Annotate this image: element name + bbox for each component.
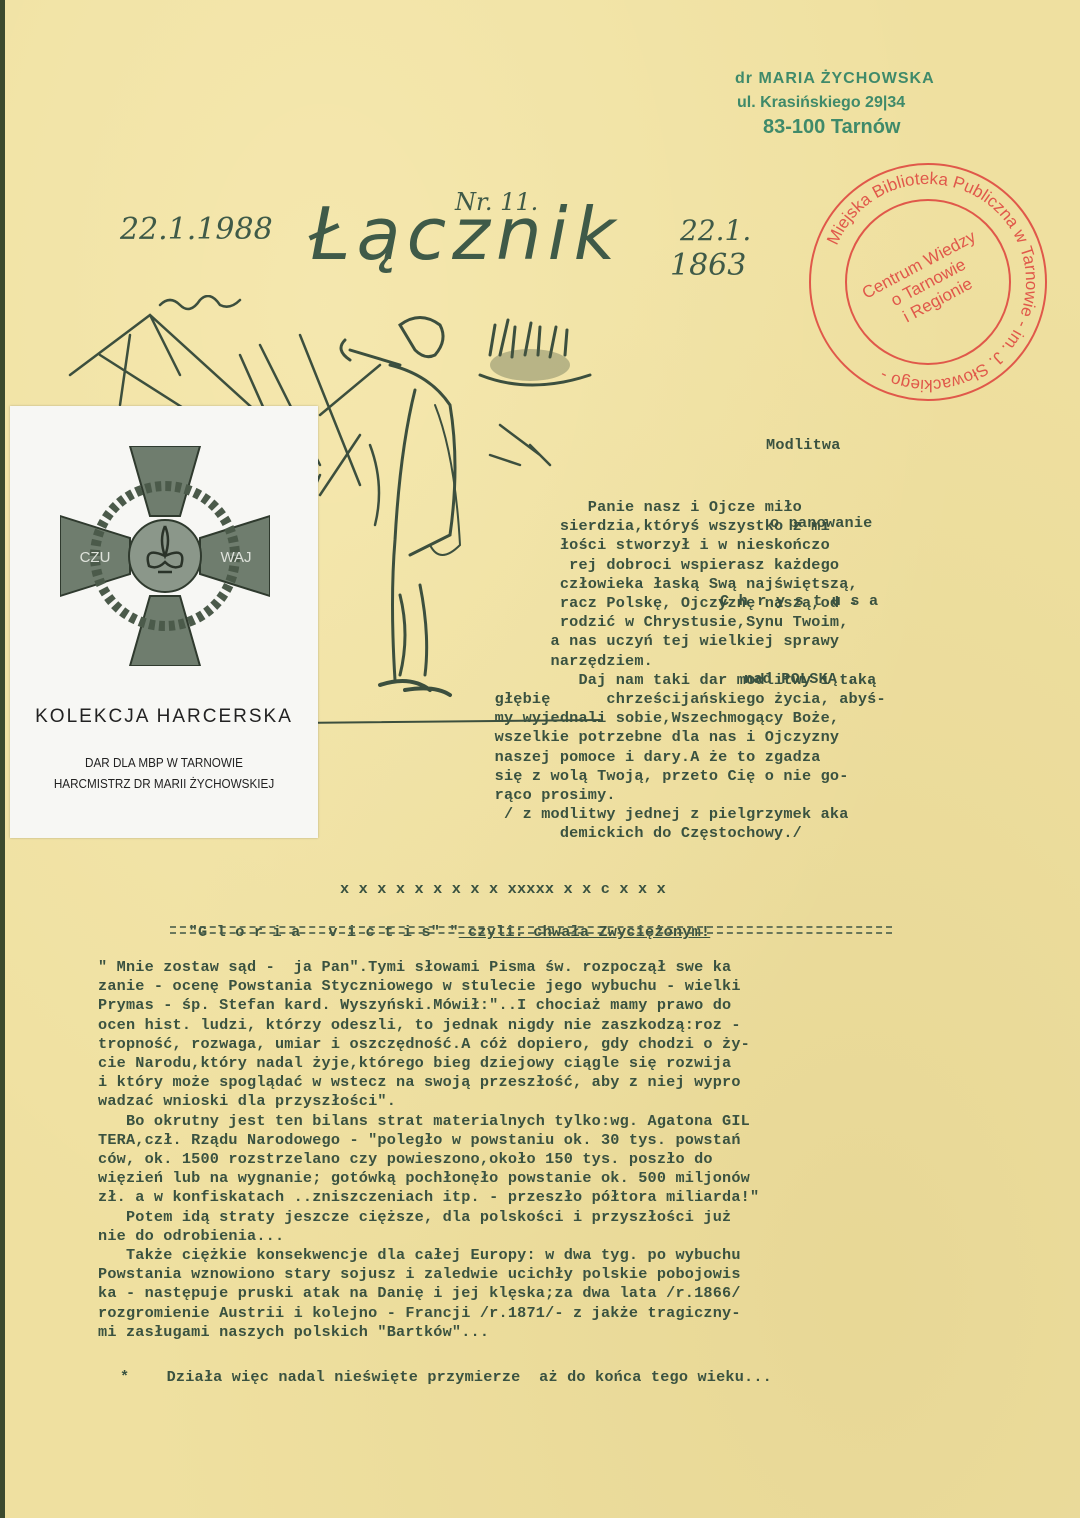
article-line: wadzać wnioski dla przyszłości". — [98, 1092, 759, 1111]
library-stamp: Miejska Biblioteka Publiczna w Tarnowie … — [806, 160, 1050, 404]
masthead-date-left: 22.1.1988 — [120, 212, 273, 247]
separator-line: x x x x x x x x x xxxxx x x c x x x — [340, 880, 666, 899]
prayer-line: rąco prosimy. — [476, 786, 886, 805]
collection-card: CZU WAJ KOLEKCJA HARCERSKA DAR DLA MBP W… — [10, 406, 318, 838]
prayer-body: Panie nasz i Ojcze miło sierdzia,któryś … — [476, 498, 886, 844]
article-line: Powstania wznowiono stary sojusz i zaled… — [98, 1265, 759, 1284]
prayer-line: Daj nam taki dar modlitwy i taką — [476, 671, 886, 690]
article-closing: * Działa więc nadal nieświęte przymierze… — [120, 1368, 772, 1387]
masthead-date-right-top: 22.1. — [680, 214, 751, 247]
article-line: " Mnie zostaw sąd - ja Pan".Tymi słowami… — [98, 958, 759, 977]
badge-text-left: CZU — [80, 549, 111, 566]
prayer-line: rej dobroci wspierasz każdego — [476, 556, 886, 575]
stamp-city: 83-100 Tarnów — [763, 116, 935, 139]
collection-label: KOLEKCJA HARCERSKA — [10, 706, 318, 728]
prayer-line: naszej pomoce i dary.A że to zgadza — [476, 748, 886, 767]
article-line: ka - następuje pruski atak na Danię i je… — [98, 1284, 759, 1303]
prayer-line: sierdzia,któryś wszystko z mi — [476, 517, 886, 536]
article-line: Prymas - śp. Stefan kard. Wyszyński.Mówi… — [98, 996, 759, 1015]
prayer-line: racz Polskę, Ojczyznę naszą,od - — [476, 594, 886, 613]
article-line: zanie - ocenę Powstania Styczniowego w s… — [98, 977, 759, 996]
prayer-line: demickich do Częstochowy./ — [476, 824, 886, 843]
gift-line-1: DAR DLA MBP W TARNOWIE — [25, 752, 302, 773]
article-line: nie do odrobienia... — [98, 1227, 759, 1246]
article-line: Także ciężkie konsekwencje dla całej Eur… — [98, 1246, 759, 1265]
prayer-line: się z wolą Twoją, przeto Cię o nie go- — [476, 767, 886, 786]
prayer-line: głębię chrześcijańskiego życia, abyś- — [476, 690, 886, 709]
prayer-line: łości stworzył i w nieskończo — [476, 536, 886, 555]
article-line: Bo okrutny jest ten bilans strat materia… — [98, 1112, 759, 1131]
masthead-issue-number: Nr. 11. — [455, 188, 538, 216]
article-body: " Mnie zostaw sąd - ja Pan".Tymi słowami… — [98, 958, 759, 1342]
scout-cross-badge-icon: CZU WAJ — [60, 446, 270, 666]
masthead-date-right-bottom: 1863 — [670, 248, 746, 283]
article-line: Potem idą straty jeszcze cięższe, dla po… — [98, 1208, 759, 1227]
badge-text-right: WAJ — [220, 549, 251, 566]
prayer-line: rodzić w Chrystusie,Synu Twoim, — [476, 613, 886, 632]
article-line: zł. a w konfiskatach ..zniszczeniach itp… — [98, 1188, 759, 1207]
article-line: TERA,czł. Rządu Narodowego - "poległo w … — [98, 1131, 759, 1150]
article-line: ocen hist. ludzi, którzy odeszli, to jed… — [98, 1016, 759, 1035]
prayer-line: narzędziem. — [476, 652, 886, 671]
prayer-line: Panie nasz i Ojcze miło — [476, 498, 886, 517]
prayer-line: / z modlitwy jednej z pielgrzymek aka — [476, 805, 886, 824]
article-line: ców, ok. 1500 rozstrzelano czy powieszon… — [98, 1150, 759, 1169]
page-edge — [0, 0, 5, 1518]
article-line: i który może spoglądać w wstecz na swoją… — [98, 1073, 759, 1092]
stamp-name: dr MARIA ŻYCHOWSKA — [735, 70, 935, 88]
prayer-line: człowieka łaską Swą najświętszą, — [476, 575, 886, 594]
article-line: tropność, rozwaga, umiar i oszczędność.A… — [98, 1035, 759, 1054]
article-line: więzień lub na wygnanie; gotówką pochłon… — [98, 1169, 759, 1188]
article-line: rozgromienie Austrii i kolejno - Francji… — [98, 1304, 759, 1323]
gift-line-2: HARCMISTRZ DR MARII ŻYCHOWSKIEJ — [25, 773, 302, 794]
stamp-street: ul. Krasińskiego 29|34 — [737, 94, 935, 112]
prayer-title-line-1: Modlitwa — [766, 432, 878, 458]
prayer-line: wszelkie potrzebne dla nas i Ojczyzny — [476, 728, 886, 747]
prayer-line: my wyjednali sobie,Wszechmogący Boże, — [476, 709, 886, 728]
address-stamp: dr MARIA ŻYCHOWSKA ul. Krasińskiego 29|3… — [735, 70, 935, 139]
gift-note: DAR DLA MBP W TARNOWIE HARCMISTRZ DR MAR… — [25, 752, 302, 794]
prayer-line: a nas uczyń tej wielkiej sprawy — [476, 632, 886, 651]
article-line: mi zasługami naszych polskich "Bartków".… — [98, 1323, 759, 1342]
article-line: cie Narodu,który nadal żyje,którego bieg… — [98, 1054, 759, 1073]
article-heading: "G l o r i a v i c t i s" " czyli: chwał… — [170, 904, 710, 942]
double-rule — [170, 926, 892, 934]
